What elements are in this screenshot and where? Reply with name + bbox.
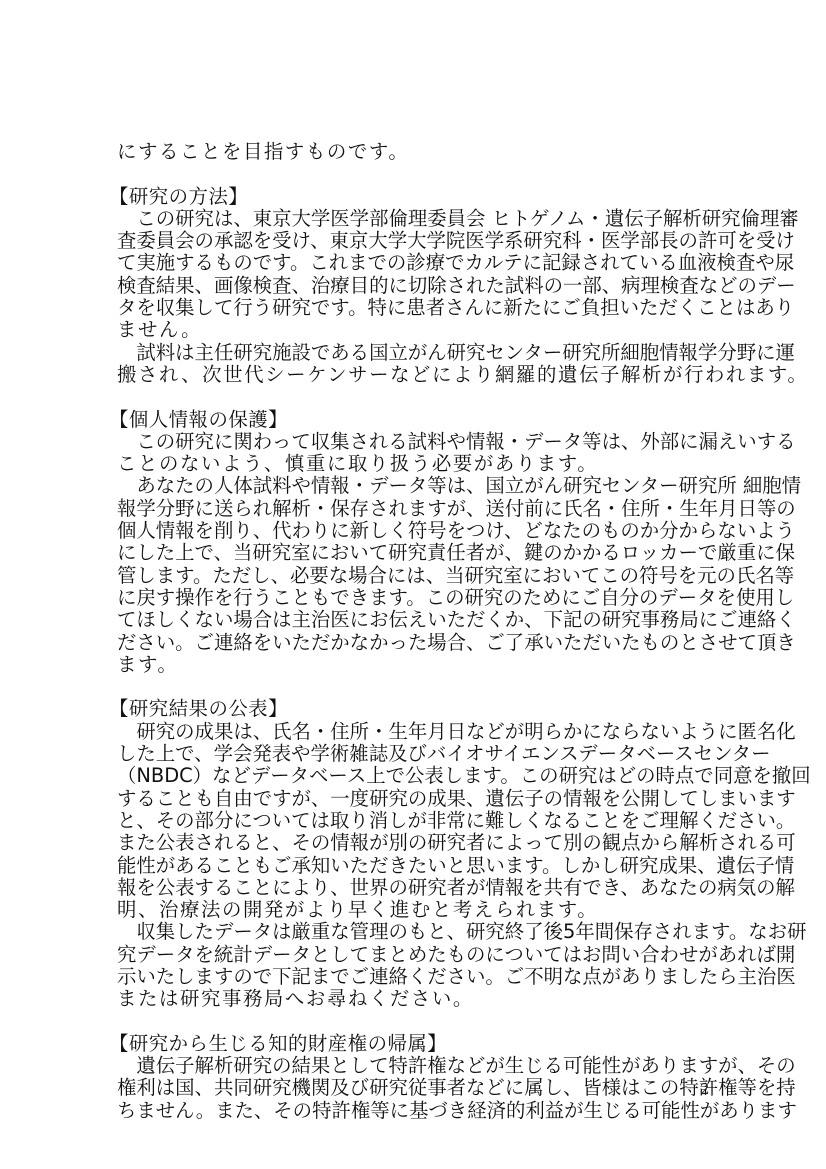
paragraph-line: 収集したデータは厳重な管理のもと、研究終了後5年間保存されます。なお研 [117, 921, 711, 943]
paragraph-line: てほしくない場合は主治医にお伝えいただくか、下記の研究事務局にご連絡く [117, 609, 711, 631]
spacer [117, 163, 711, 185]
section-heading-privacy: 【個人情報の保護】 [109, 409, 711, 431]
paragraph-line: 報を公表することにより、世界の研究者が情報を共有でき、あなたの病気の解 [117, 877, 711, 899]
paragraph-line: また公表されると、その情報が別の研究者によって別の観点から解析される可 [117, 832, 711, 854]
paragraph-line: 権利は国、共同研究機関及び研究従事者などに属し、皆様はこの特許権等を持 [117, 1077, 711, 1099]
intro-line: にすることを目指すものです。 [117, 141, 711, 163]
paragraph-line: タを収集して行う研究です。特に患者さんに新たにご負担いただくことはあり [117, 297, 711, 319]
paragraph-line: 研究の成果は、氏名・住所・生年月日などが明らかにならないように匿名化 [117, 721, 711, 743]
paragraph-line: ます。 [117, 654, 711, 676]
paragraph-line: ださい。ご連絡をいただかなかった場合、ご了承いただいたものとさせて頂き [117, 632, 711, 654]
paragraph-line: あなたの人体試料や情報・データ等は、国立がん研究センター研究所 細胞情 [117, 475, 711, 497]
spacer [117, 676, 711, 698]
paragraph-line: 個人情報を削り、代わりに新しく符号をつけ、どなたのものか分からないよう [117, 520, 711, 542]
document-page: にすることを目指すものです。 【研究の方法】 この研究は、東京大学医学部倫理委員… [117, 141, 711, 1122]
paragraph-line: 査委員会の承認を受け、東京大学大学院医学系研究科・医学部長の許可を受け [117, 230, 711, 252]
paragraph-line: この研究は、東京大学医学部倫理委員会 ヒトゲノム・遺伝子解析研究倫理審 [117, 208, 711, 230]
paragraph-line: ちません。また、その特許権等に基づき経済的利益が生じる可能性があります [117, 1100, 711, 1122]
paragraph-line: 遺伝子解析研究の結果として特許権などが生じる可能性がありますが、その [117, 1055, 711, 1077]
paragraph-line: 試料は主任研究施設である国立がん研究センター研究所細胞情報学分野に運 [117, 342, 711, 364]
paragraph-line: 示いたしますので下記までご連絡ください。ご不明な点がありましたら主治医 [117, 966, 711, 988]
paragraph-line: 能性があることもご承知いただきたいと思います。しかし研究成果、遺伝子情 [117, 855, 711, 877]
spacer [117, 386, 711, 408]
paragraph-line: に戻す操作を行うこともできます。この研究のためにご自分のデータを使用し [117, 587, 711, 609]
paragraph-line: この研究に関わって収集される試料や情報・データ等は、外部に漏えいする [117, 431, 711, 453]
section-heading-publication: 【研究結果の公表】 [109, 698, 711, 720]
paragraph-line: することも自由ですが、一度研究の成果、遺伝子の情報を公開してしまいます [117, 788, 711, 810]
paragraph-line: て実施するものです。これまでの診療でカルテに記録されている血液検査や尿 [117, 252, 711, 274]
spacer [117, 1011, 711, 1033]
section-heading-intellectual-property: 【研究から生じる知的財産権の帰属】 [109, 1033, 711, 1055]
paragraph-line: 管します。ただし、必要な場合には、当研究室においてこの符号を元の氏名等 [117, 565, 711, 587]
paragraph-line: 検査結果、画像検査、治療目的に切除された試料の一部、病理検査などのデー [117, 275, 711, 297]
paragraph-line: にした上で、当研究室において研究責任者が、鍵のかかるロッカーで厳重に保 [117, 542, 711, 564]
paragraph-line: した上で、学会発表や学術雑誌及びバイオサイエンスデータベースセンター [117, 743, 711, 765]
paragraph-line: ことのないよう、慎重に取り扱う必要があります。 [117, 453, 711, 475]
page-number: 2 [700, 1080, 710, 1098]
paragraph-line: または研究事務局へお尋ねください。 [117, 988, 711, 1010]
paragraph-line: ません。 [117, 319, 711, 341]
paragraph-line: と、その部分については取り消しが非常に難しくなることをご理解ください。 [117, 810, 711, 832]
paragraph-line: 明、治療法の開発がより早く進むと考えられます。 [117, 899, 711, 921]
paragraph-line: 究データを統計データとしてまとめたものについてはお問い合わせがあれば開 [117, 944, 711, 966]
section-heading-method: 【研究の方法】 [109, 186, 711, 208]
paragraph-line: 報学分野に送られ解析・保存されますが、送付前に氏名・住所・生年月日等の [117, 498, 711, 520]
paragraph-line: （NBDC）などデータベース上で公表します。この研究はどの時点で同意を撤回 [117, 765, 711, 787]
paragraph-line: 搬され、次世代シーケンサーなどにより網羅的遺伝子解析が行われます。 [117, 364, 711, 386]
